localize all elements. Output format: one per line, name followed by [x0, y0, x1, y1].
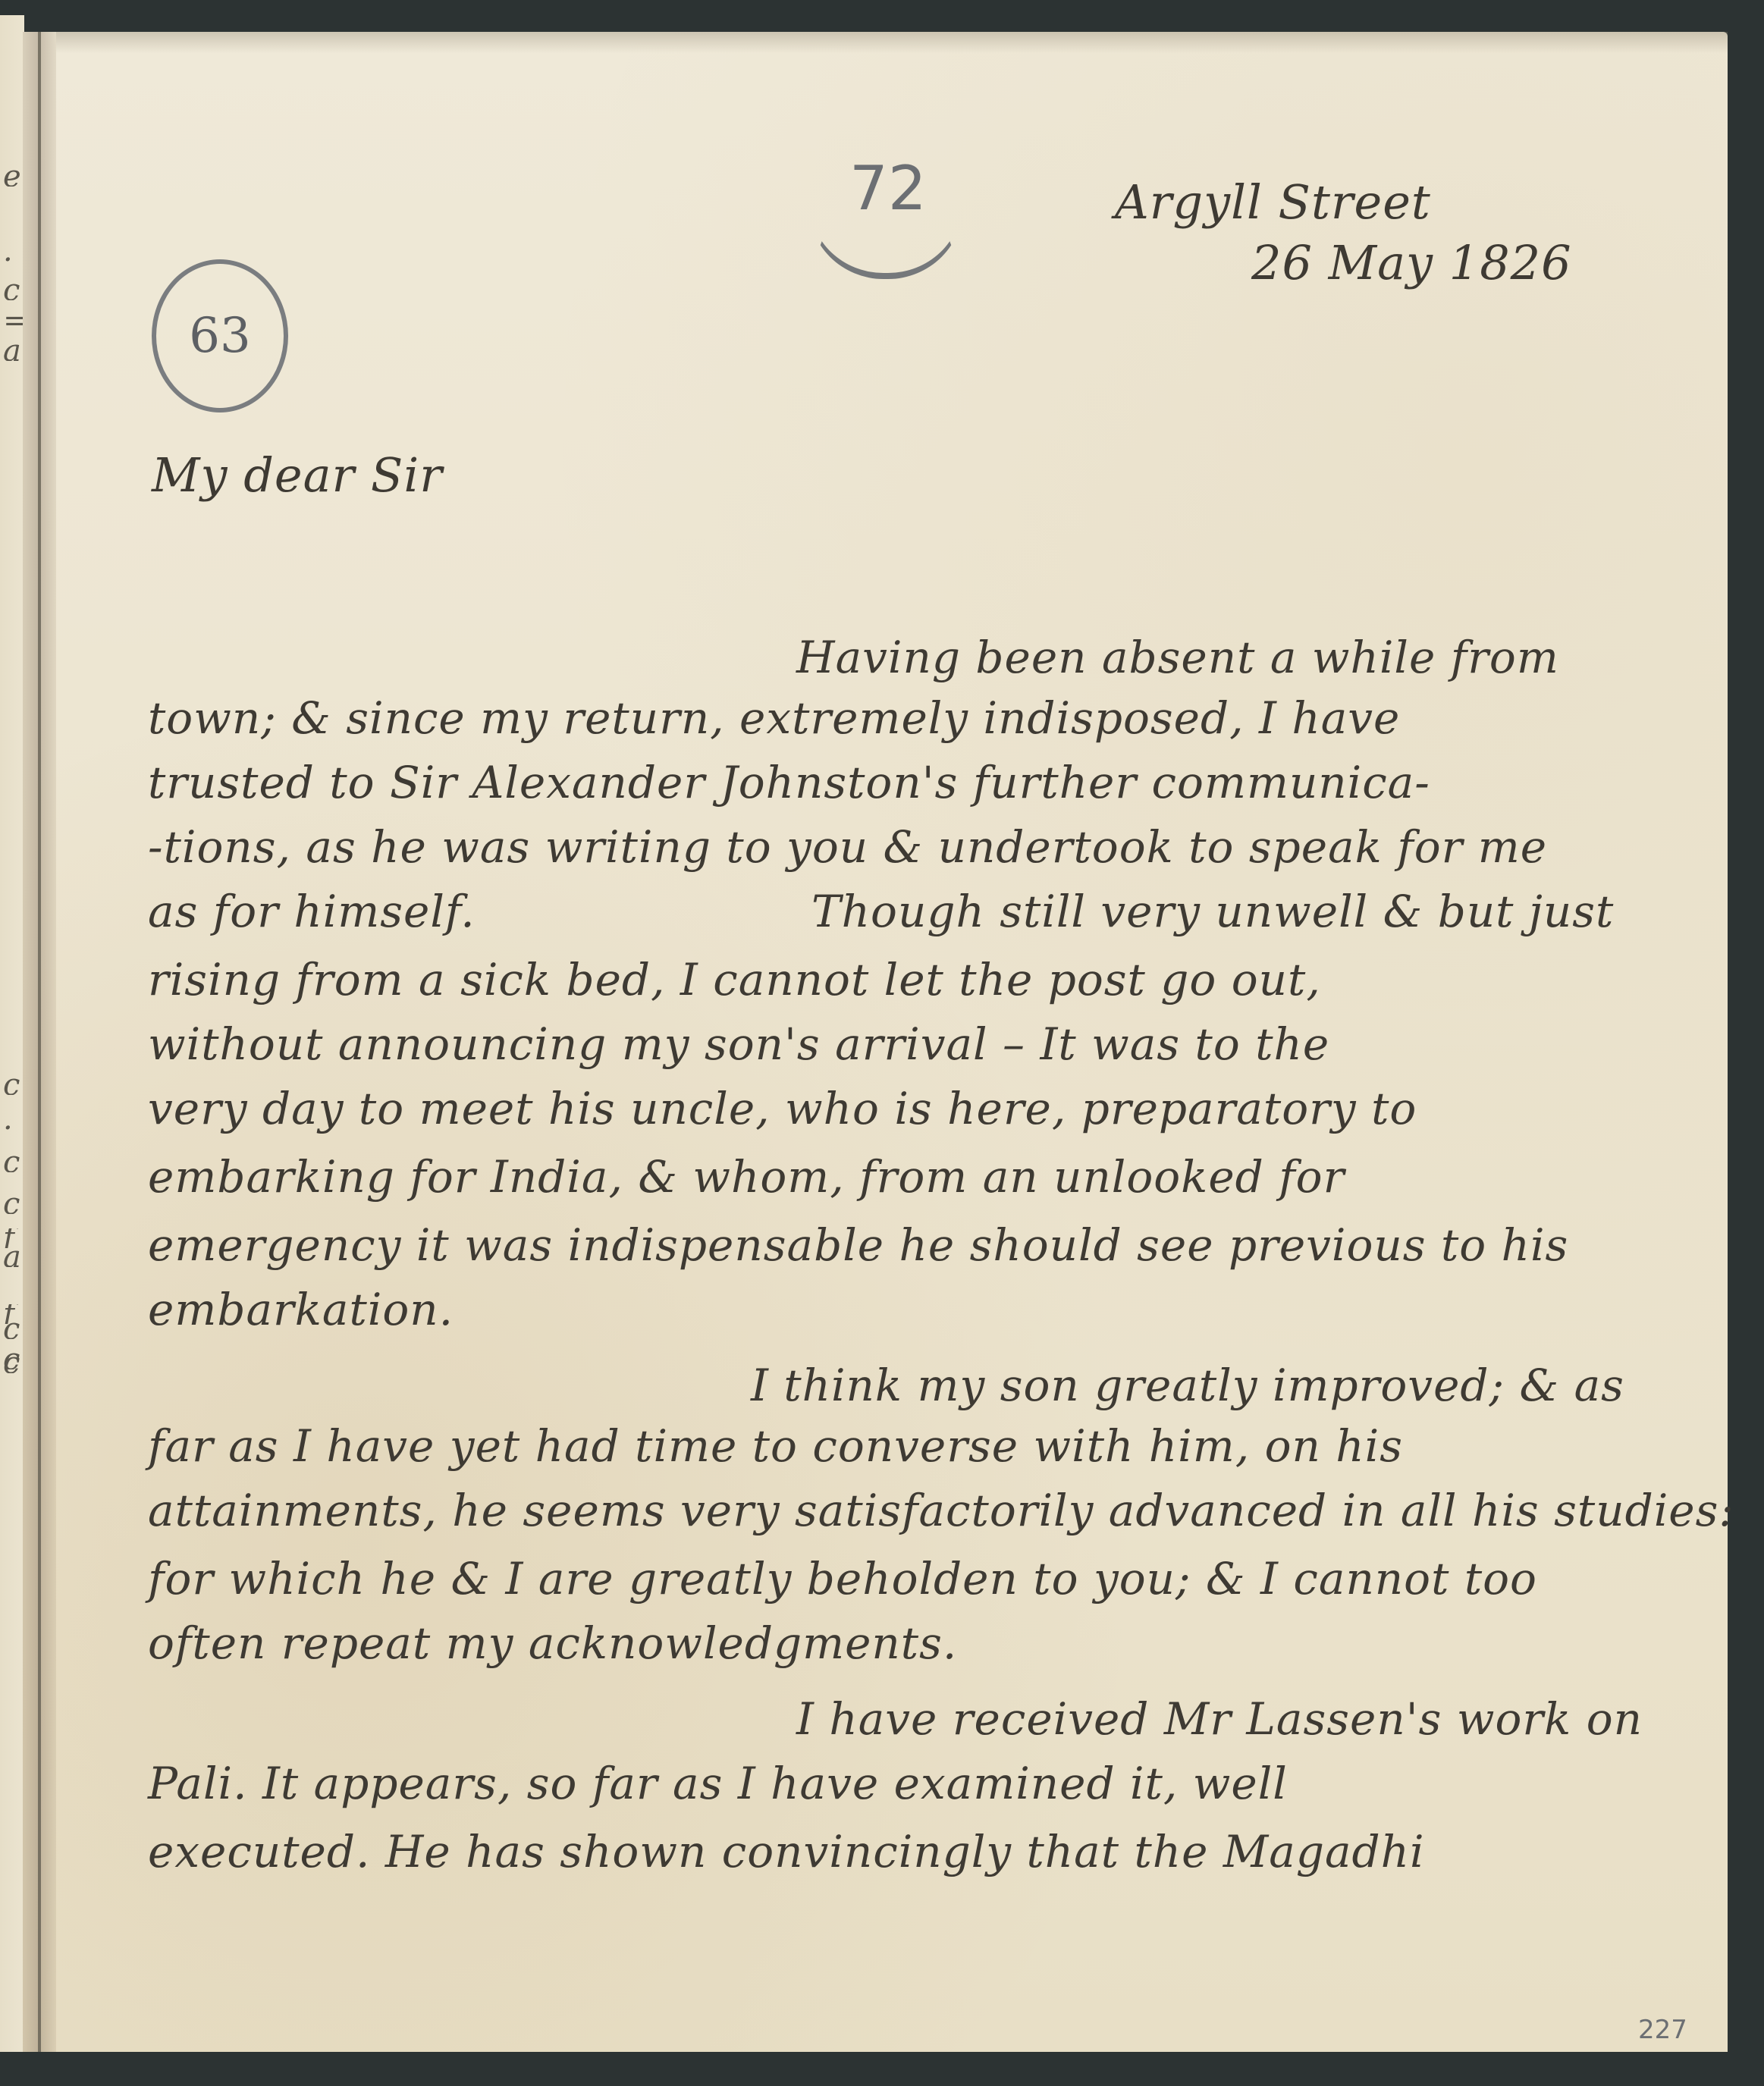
- body-line: rising from a sick bed, I cannot let the…: [148, 953, 1321, 1006]
- prev-page-fragment: e: [3, 167, 23, 187]
- fold-line: [38, 32, 41, 2052]
- body-line: far as I have yet had time to converse w…: [148, 1419, 1403, 1473]
- body-line: Though still very unwell & but just: [811, 885, 1614, 938]
- body-line: for which he & I are greatly beholden to…: [148, 1552, 1537, 1605]
- prev-page-fragment: f: [3, 1228, 23, 1248]
- body-line: attainments, he seems very satisfactoril…: [148, 1484, 1734, 1537]
- folio-number: 227: [1638, 2015, 1687, 2045]
- body-line: Having been absent a while from: [796, 631, 1559, 684]
- body-line: I have received Mr Lassen's work on: [796, 1692, 1643, 1746]
- body-line: executed. He has shown convincingly that…: [148, 1825, 1425, 1878]
- prev-page-fragment: ·: [3, 1118, 23, 1138]
- body-line: -tions, as he was writing to you & under…: [148, 820, 1547, 874]
- prev-page-fragment: a: [3, 1247, 23, 1267]
- body-line: as for himself.: [148, 885, 476, 938]
- body-line: without announcing my son's arrival – It…: [148, 1018, 1329, 1071]
- prev-page-fragment: c: [3, 1153, 23, 1172]
- prev-page-fragment: a: [3, 341, 23, 361]
- body-line: trusted to Sir Alexander Johnston's furt…: [148, 756, 1430, 809]
- body-line: very day to meet his uncle, who is here,…: [148, 1082, 1417, 1135]
- body-line: I think my son greatly improved; & as: [751, 1359, 1624, 1412]
- prev-page-fragment: =: [3, 311, 23, 331]
- prev-page-fragment: c: [3, 1194, 23, 1214]
- prev-page-fragment: c: [3, 1319, 23, 1339]
- previous-page-edge: e · c = a c · c c f a f c c c: [0, 15, 24, 2052]
- letter-page: 72 63 Argyll Street 26 May 1826 My dear …: [23, 32, 1728, 2052]
- circled-archive-number: 63: [152, 259, 288, 412]
- body-line: town; & since my return, extremely indis…: [148, 692, 1400, 745]
- circled-number-text: 63: [189, 308, 250, 364]
- archive-number-arc: [808, 197, 964, 279]
- prev-page-fragment: c: [3, 1350, 23, 1369]
- prev-page-fragment: c: [3, 281, 23, 300]
- body-line: emergency it was indispensable he should…: [148, 1219, 1568, 1272]
- body-line: often repeat my acknowledgments.: [148, 1617, 957, 1670]
- date-line: 26 May 1826: [1251, 237, 1572, 290]
- top-edge-stain: [56, 32, 1728, 53]
- body-line: Pali. It appears, so far as I have exami…: [148, 1757, 1288, 1810]
- body-line: embarkation.: [148, 1283, 454, 1336]
- salutation: My dear Sir: [152, 449, 443, 502]
- prev-page-fragment: ·: [3, 250, 23, 270]
- prev-page-fragment: c: [3, 1075, 23, 1095]
- address-line: Argyll Street: [1115, 176, 1431, 229]
- body-line: embarking for India, & whom, from an unl…: [148, 1150, 1345, 1203]
